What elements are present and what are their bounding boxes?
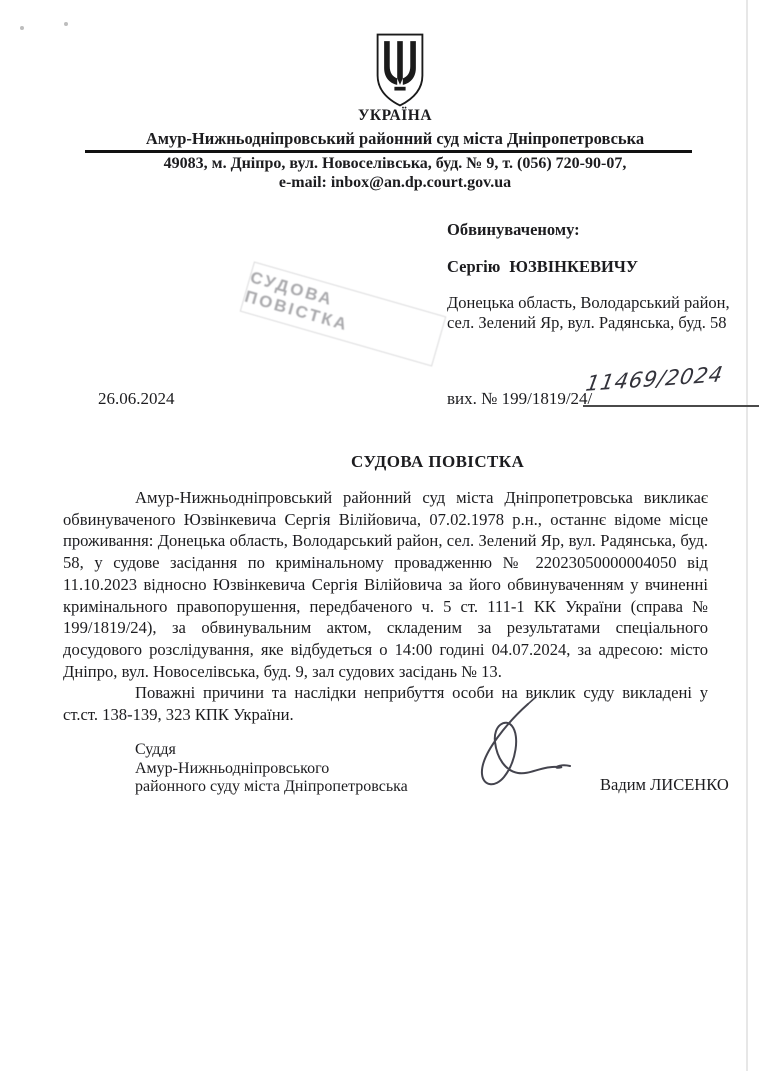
recipient-address-line2: сел. Зелений Яр, вул. Радянська, буд. 58: [447, 313, 730, 333]
handwritten-number-underline: [583, 405, 759, 407]
recipient-name: Сергію ЮЗВІНКЕВИЧУ: [447, 257, 730, 277]
judge-title-line2: Амур-Нижньодніпровського: [135, 760, 408, 779]
recipient-address-line1: Донецька область, Володарський район,: [447, 293, 730, 313]
recipient-label: Обвинуваченому:: [447, 220, 730, 240]
judge-signature-icon: [438, 698, 613, 803]
court-address: 49083, м. Дніпро, вул. Новоселівська, бу…: [40, 155, 750, 173]
court-summons-stamp: СУДОВА ПОВІСТКА: [240, 261, 447, 366]
court-name: Амур-Нижньодніпровський районний суд міс…: [40, 129, 750, 149]
ukraine-trident-icon: [372, 32, 428, 108]
judge-title-line1: Суддя: [135, 741, 408, 760]
outgoing-number-label: вих. № 199/1819/24/: [447, 389, 592, 409]
document-title: СУДОВА ПОВІСТКА: [351, 452, 524, 472]
recipient-block: Обвинуваченому: Сергію ЮЗВІНКЕВИЧУ Донец…: [447, 220, 730, 333]
staple-mark: [20, 26, 24, 30]
court-email: e-mail: inbox@an.dp.court.gov.ua: [40, 174, 750, 192]
header-divider: [85, 150, 692, 153]
document-body: Амур-Нижньодніпровський районний суд міс…: [63, 487, 708, 726]
country-name: УКРАЇНА: [40, 107, 750, 125]
document-date: 26.06.2024: [98, 389, 175, 409]
judge-title-line3: районного суду міста Дніпропетровська: [135, 778, 408, 797]
court-summons-document: УКРАЇНА Амур-Нижньодніпровський районний…: [0, 0, 767, 1071]
body-paragraph-1: Амур-Нижньодніпровський районний суд міс…: [63, 487, 708, 682]
staple-mark: [64, 22, 68, 26]
judge-title-block: Суддя Амур-Нижньодніпровського районного…: [135, 741, 408, 797]
handwritten-registration-number: 11469/2024: [584, 362, 725, 396]
judge-name: Вадим ЛИСЕНКО: [600, 775, 729, 795]
